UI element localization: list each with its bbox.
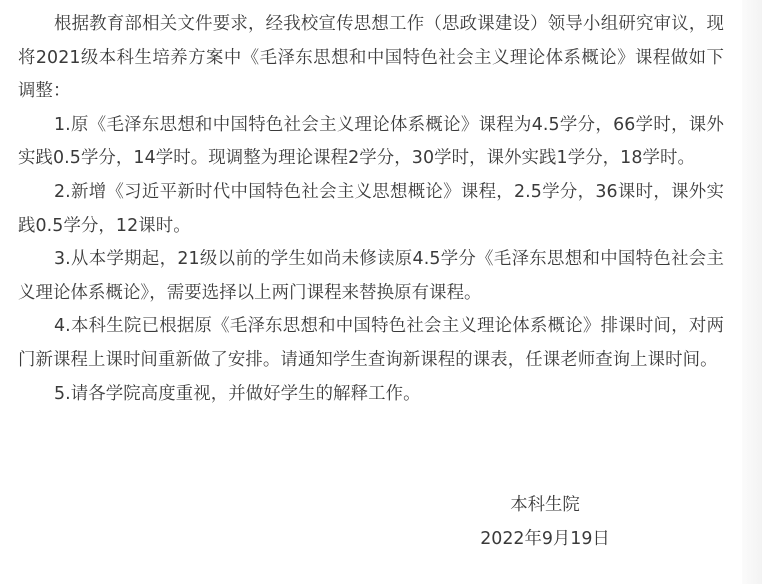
item-3-paragraph: 3.从本学期起，21级以前的学生如尚未修读原4.5学分《毛泽东思想和中国特色社会… (18, 243, 724, 310)
item-1-paragraph: 1.原《毛泽东思想和中国特色社会主义理论体系概论》课程为4.5学分，66学时，课… (18, 109, 724, 176)
item-4-paragraph: 4.本科生院已根据原《毛泽东思想和中国特色社会主义理论体系概论》排课时间，对两门… (18, 310, 724, 377)
intro-paragraph: 根据教育部相关文件要求，经我校宣传思想工作（思政课建设）领导小组研究审议，现将2… (18, 8, 724, 109)
document-page: 根据教育部相关文件要求，经我校宣传思想工作（思政课建设）领导小组研究审议，现将2… (0, 0, 742, 584)
page-edge (742, 0, 762, 584)
item-5-paragraph: 5.请各学院高度重视，并做好学生的解释工作。 (18, 378, 724, 412)
issuer-name: 本科生院 (440, 488, 650, 522)
notice-body: 根据教育部相关文件要求，经我校宣传思想工作（思政课建设）领导小组研究审议，现将2… (18, 8, 724, 411)
signature-block: 本科生院 2022年9月19日 (440, 488, 650, 556)
issue-date: 2022年9月19日 (440, 522, 650, 556)
item-2-paragraph: 2.新增《习近平新时代中国特色社会主义思想概论》课程，2.5学分，36课时，课外… (18, 176, 724, 243)
